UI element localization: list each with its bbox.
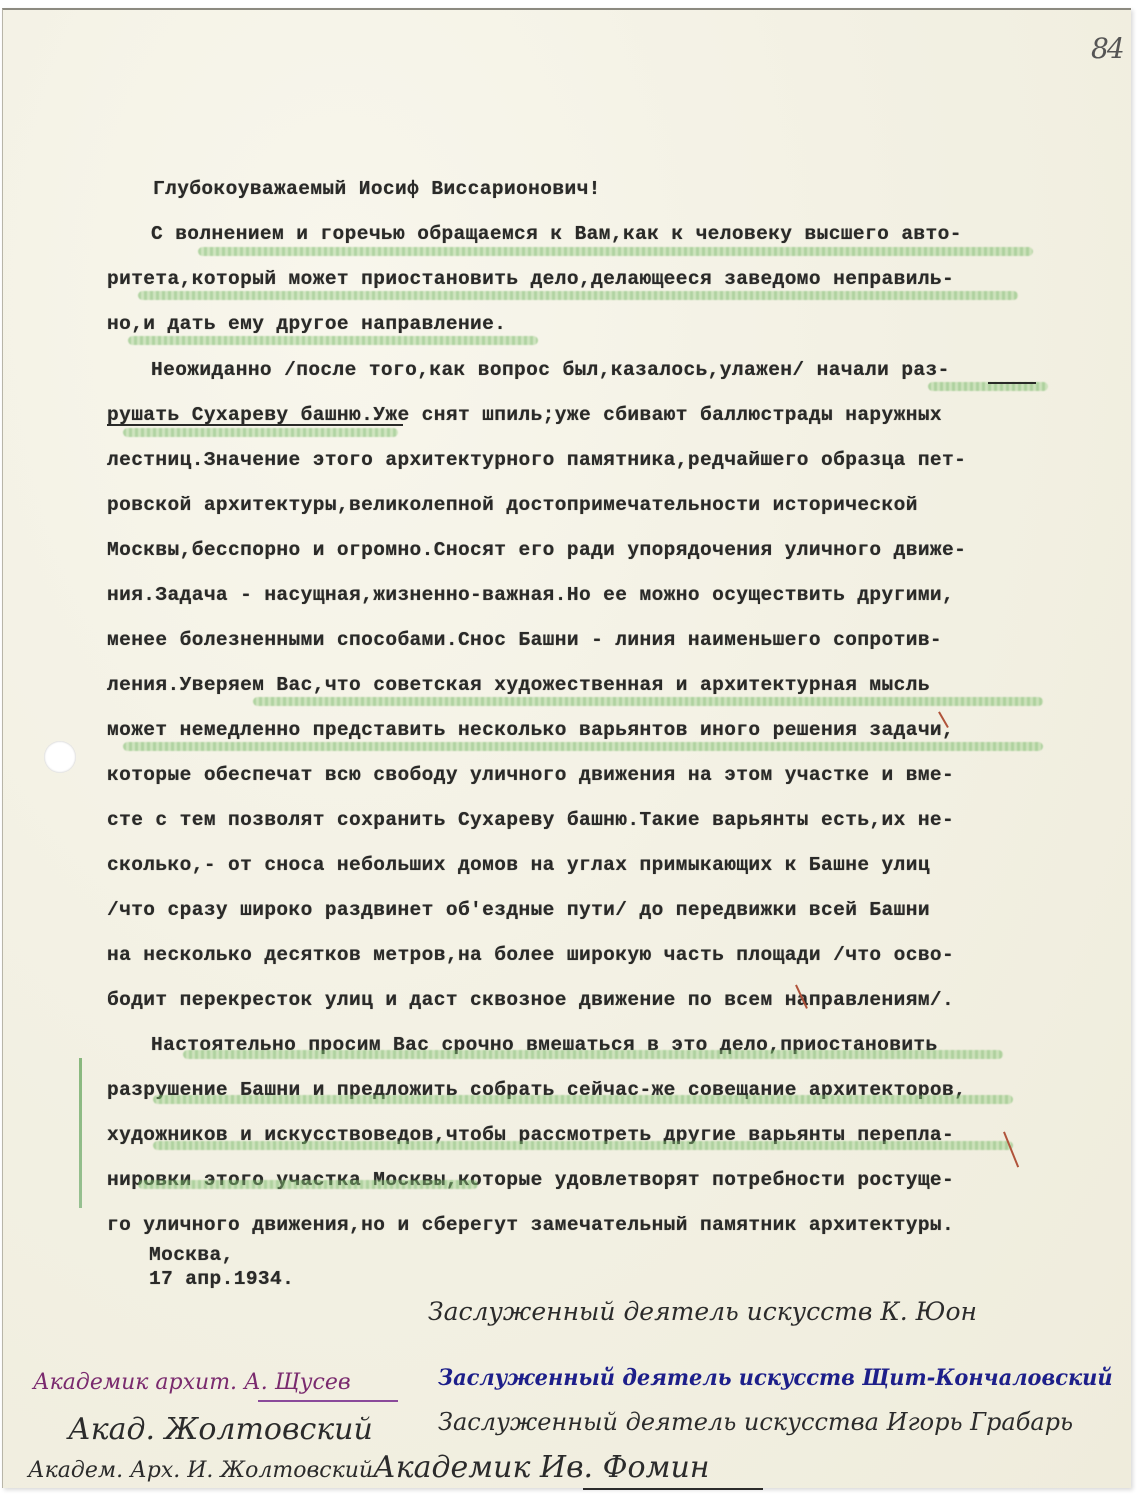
body-line: Неожиданно /после того,как вопрос был,ка…: [151, 359, 950, 381]
signature-fomin: Академик Ив. Фомин: [373, 1450, 710, 1485]
body-line: на несколько десятков метров,на более ши…: [107, 944, 954, 966]
body-line: которые обеспечат всю свободу уличного д…: [107, 764, 954, 786]
date: 17 апр.1934.: [149, 1268, 294, 1290]
green-highlight: [153, 1141, 1013, 1150]
green-highlight: [138, 291, 1018, 300]
body-line: бодит перекресток улиц и даст сквозное д…: [107, 989, 954, 1011]
signature-konchalovsky: Заслуженный деятель искусств Щит-Кончало…: [438, 1365, 1113, 1391]
body-line: С волнением и горечью обращаемся к Вам,к…: [151, 223, 962, 245]
signature-underline: [583, 1488, 763, 1490]
signature-shchusev: Академик архит. А. Щусев: [33, 1370, 351, 1395]
body-line: сте с тем позволят сохранить Сухареву ба…: [107, 809, 954, 831]
salutation: Глубокоуважаемый Иосиф Виссарионович!: [153, 178, 601, 200]
folio-number: 84: [1091, 32, 1123, 65]
body-line: сколько,- от сноса небольших домов на уг…: [107, 854, 930, 876]
letter-page: 84 Глубокоуважаемый Иосиф Виссарионович!…: [2, 8, 1131, 1488]
margin-highlight-bar: [79, 1058, 82, 1208]
body-line: /что сразу широко раздвинет об'ездные пу…: [107, 899, 930, 921]
body-line: менее болезненными способами.Снос Башни …: [107, 629, 942, 651]
body-line: Москвы,бесспорно и огромно.Сносят его ра…: [107, 539, 966, 561]
green-highlight: [153, 1095, 1013, 1104]
signature-yuon: Заслуженный деятель искусств К. Юон: [428, 1297, 977, 1326]
signature-zholtovsky: Академ. Арх. И. Жолтовский: [28, 1458, 373, 1483]
signature-zholtovsky-short: Акад. Жолтовский: [68, 1412, 373, 1447]
body-line: но,и дать ему другое направление.: [107, 313, 506, 335]
green-highlight: [123, 428, 398, 437]
green-highlight: [253, 697, 1043, 706]
green-highlight: [198, 247, 1033, 256]
green-highlight: [183, 1050, 1003, 1059]
signature-grabar: Заслуженный деятель искусства Игорь Граб…: [438, 1408, 1073, 1436]
green-highlight: [123, 742, 1043, 751]
green-highlight: [128, 336, 538, 345]
body-line: ровской архитектуры,великолепной достопр…: [107, 494, 918, 516]
body-line: ления.Уверяем Вас,что советская художест…: [107, 674, 930, 696]
underline: [988, 382, 1036, 384]
body-line: ния.Задача - насущная,жизненно-важная.Но…: [107, 584, 954, 606]
body-line: ритета,который может приостановить дело,…: [107, 268, 954, 290]
place: Москва,: [149, 1244, 234, 1266]
green-highlight: [138, 1180, 478, 1189]
body-line: может немедленно представить несколько в…: [107, 719, 954, 741]
punch-hole: [44, 741, 76, 773]
underline: [107, 424, 403, 426]
signature-underline: [258, 1400, 398, 1402]
body-line: лестниц.Значение этого архитектурного па…: [107, 449, 966, 471]
body-line: рушать Сухареву башню.Уже снят шпиль;уже…: [107, 404, 942, 426]
body-line: го уличного движения,но и сберегут замеч…: [107, 1214, 954, 1236]
